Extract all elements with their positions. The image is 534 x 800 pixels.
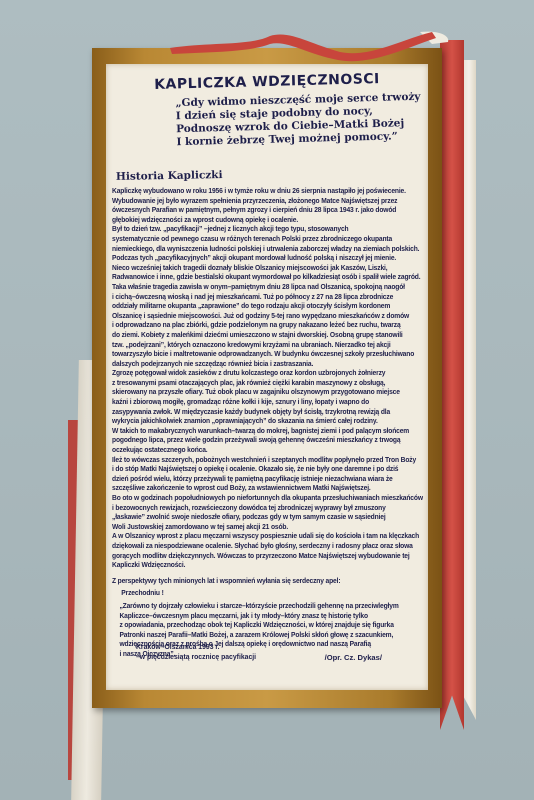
history-line: towarzyszyło bicie i maltretowanie odpro… (112, 349, 402, 359)
history-line: gorących modlitw dziękczynnych. Wówczas … (112, 551, 402, 561)
history-line: niemieckiego, dla wyniszczenia ludności … (112, 244, 402, 254)
appeal-line: „Zarówno ty dojrzały człowieku i starcze… (119, 601, 402, 611)
history-line: z tresowanymi psami otaczających plac, j… (112, 378, 402, 388)
history-line: kaźni i zbiorową mogiłę, gromadząc różne… (112, 397, 402, 407)
appeal-line: Kapliczce–ówczesnym placu męczarni, jak … (119, 611, 402, 621)
history-line: głębokiej wdzięczności za wprost cudowną… (112, 215, 402, 225)
history-line: Olszanicę i sąsiednie miejscowości. Już … (112, 311, 402, 321)
history-line: Bo oto w godzinach popołudniowych po nie… (112, 493, 402, 503)
footer-occasion: –w pięćdziesiątą rocznicę pacyfikacji (136, 652, 256, 662)
history-line: W takich to makabrycznych warunkach–twar… (112, 426, 402, 436)
history-line: i cichą–ówczesną wioską i nad jej mieszk… (112, 292, 402, 302)
history-line: Był to dzień tzw. „pacyfikacji” –jednej … (112, 224, 402, 234)
history-line: pogodnego lipca, przez wiele godzin prze… (112, 435, 402, 445)
history-line: A w Olszanicy wprost z placu męczarni ws… (112, 531, 402, 541)
white-ribbon-right (462, 60, 476, 720)
red-ribbon-top (170, 26, 450, 66)
appeal-intro: Z perspektywy tych minionych lat i wspom… (112, 576, 402, 586)
history-line: wykrycia jakichkolwiek znamion „oprawnia… (112, 416, 402, 426)
history-text: Kapliczkę wybudowano w roku 1956 i w tym… (112, 186, 402, 659)
history-line: Nieco wcześniej takich tragedii doznały … (112, 263, 402, 273)
footer: Kraków–Olszanica 1993 r. –w pięćdziesiąt… (136, 642, 256, 662)
appeal-heading: Przechodniu ! (112, 588, 402, 598)
history-line: Podczas tych „pacyfikacyjnych” akcji oku… (112, 253, 402, 263)
history-line: skierowany na przyszłe ofiary. Tuż obok … (112, 387, 402, 397)
history-line: oddziały militarne okupanta „zaprawione”… (112, 301, 402, 311)
wooden-frame: KAPLICZKA WDZIĘCZNOSCI „Gdy widmo nieszc… (92, 48, 442, 708)
history-line: dalszych podejrzanych nie szczędząc równ… (112, 359, 402, 369)
history-line: ówczesnych Parafian w pamiętnym, pełnym … (112, 205, 402, 215)
red-ribbon-right (440, 40, 464, 730)
history-line: Radwanowice i inne, gdzie bestialski oku… (112, 272, 402, 282)
history-line: Woli Justowskiej zamordowano w tej samej… (112, 522, 402, 532)
appeal-line: z opowiadania, przechodząc obok tej Kapl… (119, 620, 402, 630)
poem: „Gdy widmo nieszczęść moje serce trwożyI… (175, 91, 421, 149)
history-line: zasypywania zwłok. W międzyczasie każdy … (112, 407, 402, 417)
history-line: dziękowali za niespodziewane ocalenie. S… (112, 541, 402, 551)
history-line: i bezowocnych rewizjach, rozwścieczony d… (112, 503, 402, 513)
author: /Opr. Cz. Dykas/ (325, 653, 382, 662)
section-title: Historia Kapliczki (116, 169, 223, 183)
plaque-title: KAPLICZKA WDZIĘCZNOSCI (106, 70, 428, 94)
appeal-line: Patronki naszej Parafii–Matki Bożej, a z… (119, 630, 402, 640)
footer-place-date: Kraków–Olszanica 1993 r. (136, 642, 256, 652)
history-line: Wybudowanie jej było wyrazem spełnienia … (112, 196, 402, 206)
history-line: Taka właśnie tragedia zawisła w onym–pam… (112, 282, 402, 292)
history-line: do ziemi. Kobiety z maleńkimi dziećmi um… (112, 330, 402, 340)
plaque: KAPLICZKA WDZIĘCZNOSCI „Gdy widmo nieszc… (106, 64, 428, 690)
history-line: Kapliczki Wdzięczności. (112, 560, 402, 570)
history-line: Kapliczkę wybudowano w roku 1956 i w tym… (112, 186, 402, 196)
history-line: „łaskawie” zwolnić swoje niedoszłe ofiar… (112, 512, 402, 522)
history-line: i odprowadzano na plac zbiórki, gdzie po… (112, 320, 402, 330)
history-line: systematycznie od pewnego czasu w różnyc… (112, 234, 402, 244)
history-line: szczęśliwe zakończenie to wprost cud Boż… (112, 483, 402, 493)
history-line: tzw. „podejrzani”, których oznaczono kre… (112, 340, 402, 350)
history-line: i do stóp Matki Najświętszej o opiekę i … (112, 464, 402, 474)
history-line: oczekując ostatecznego końca. (112, 445, 402, 455)
history-line: Zgrozę potęgował widok zasieków z drutu … (112, 368, 402, 378)
history-line: dzień pośród wielu, którzy przeżywali tę… (112, 474, 402, 484)
history-line: Ileż to wówczas szczerych, pobożnych wes… (112, 455, 402, 465)
